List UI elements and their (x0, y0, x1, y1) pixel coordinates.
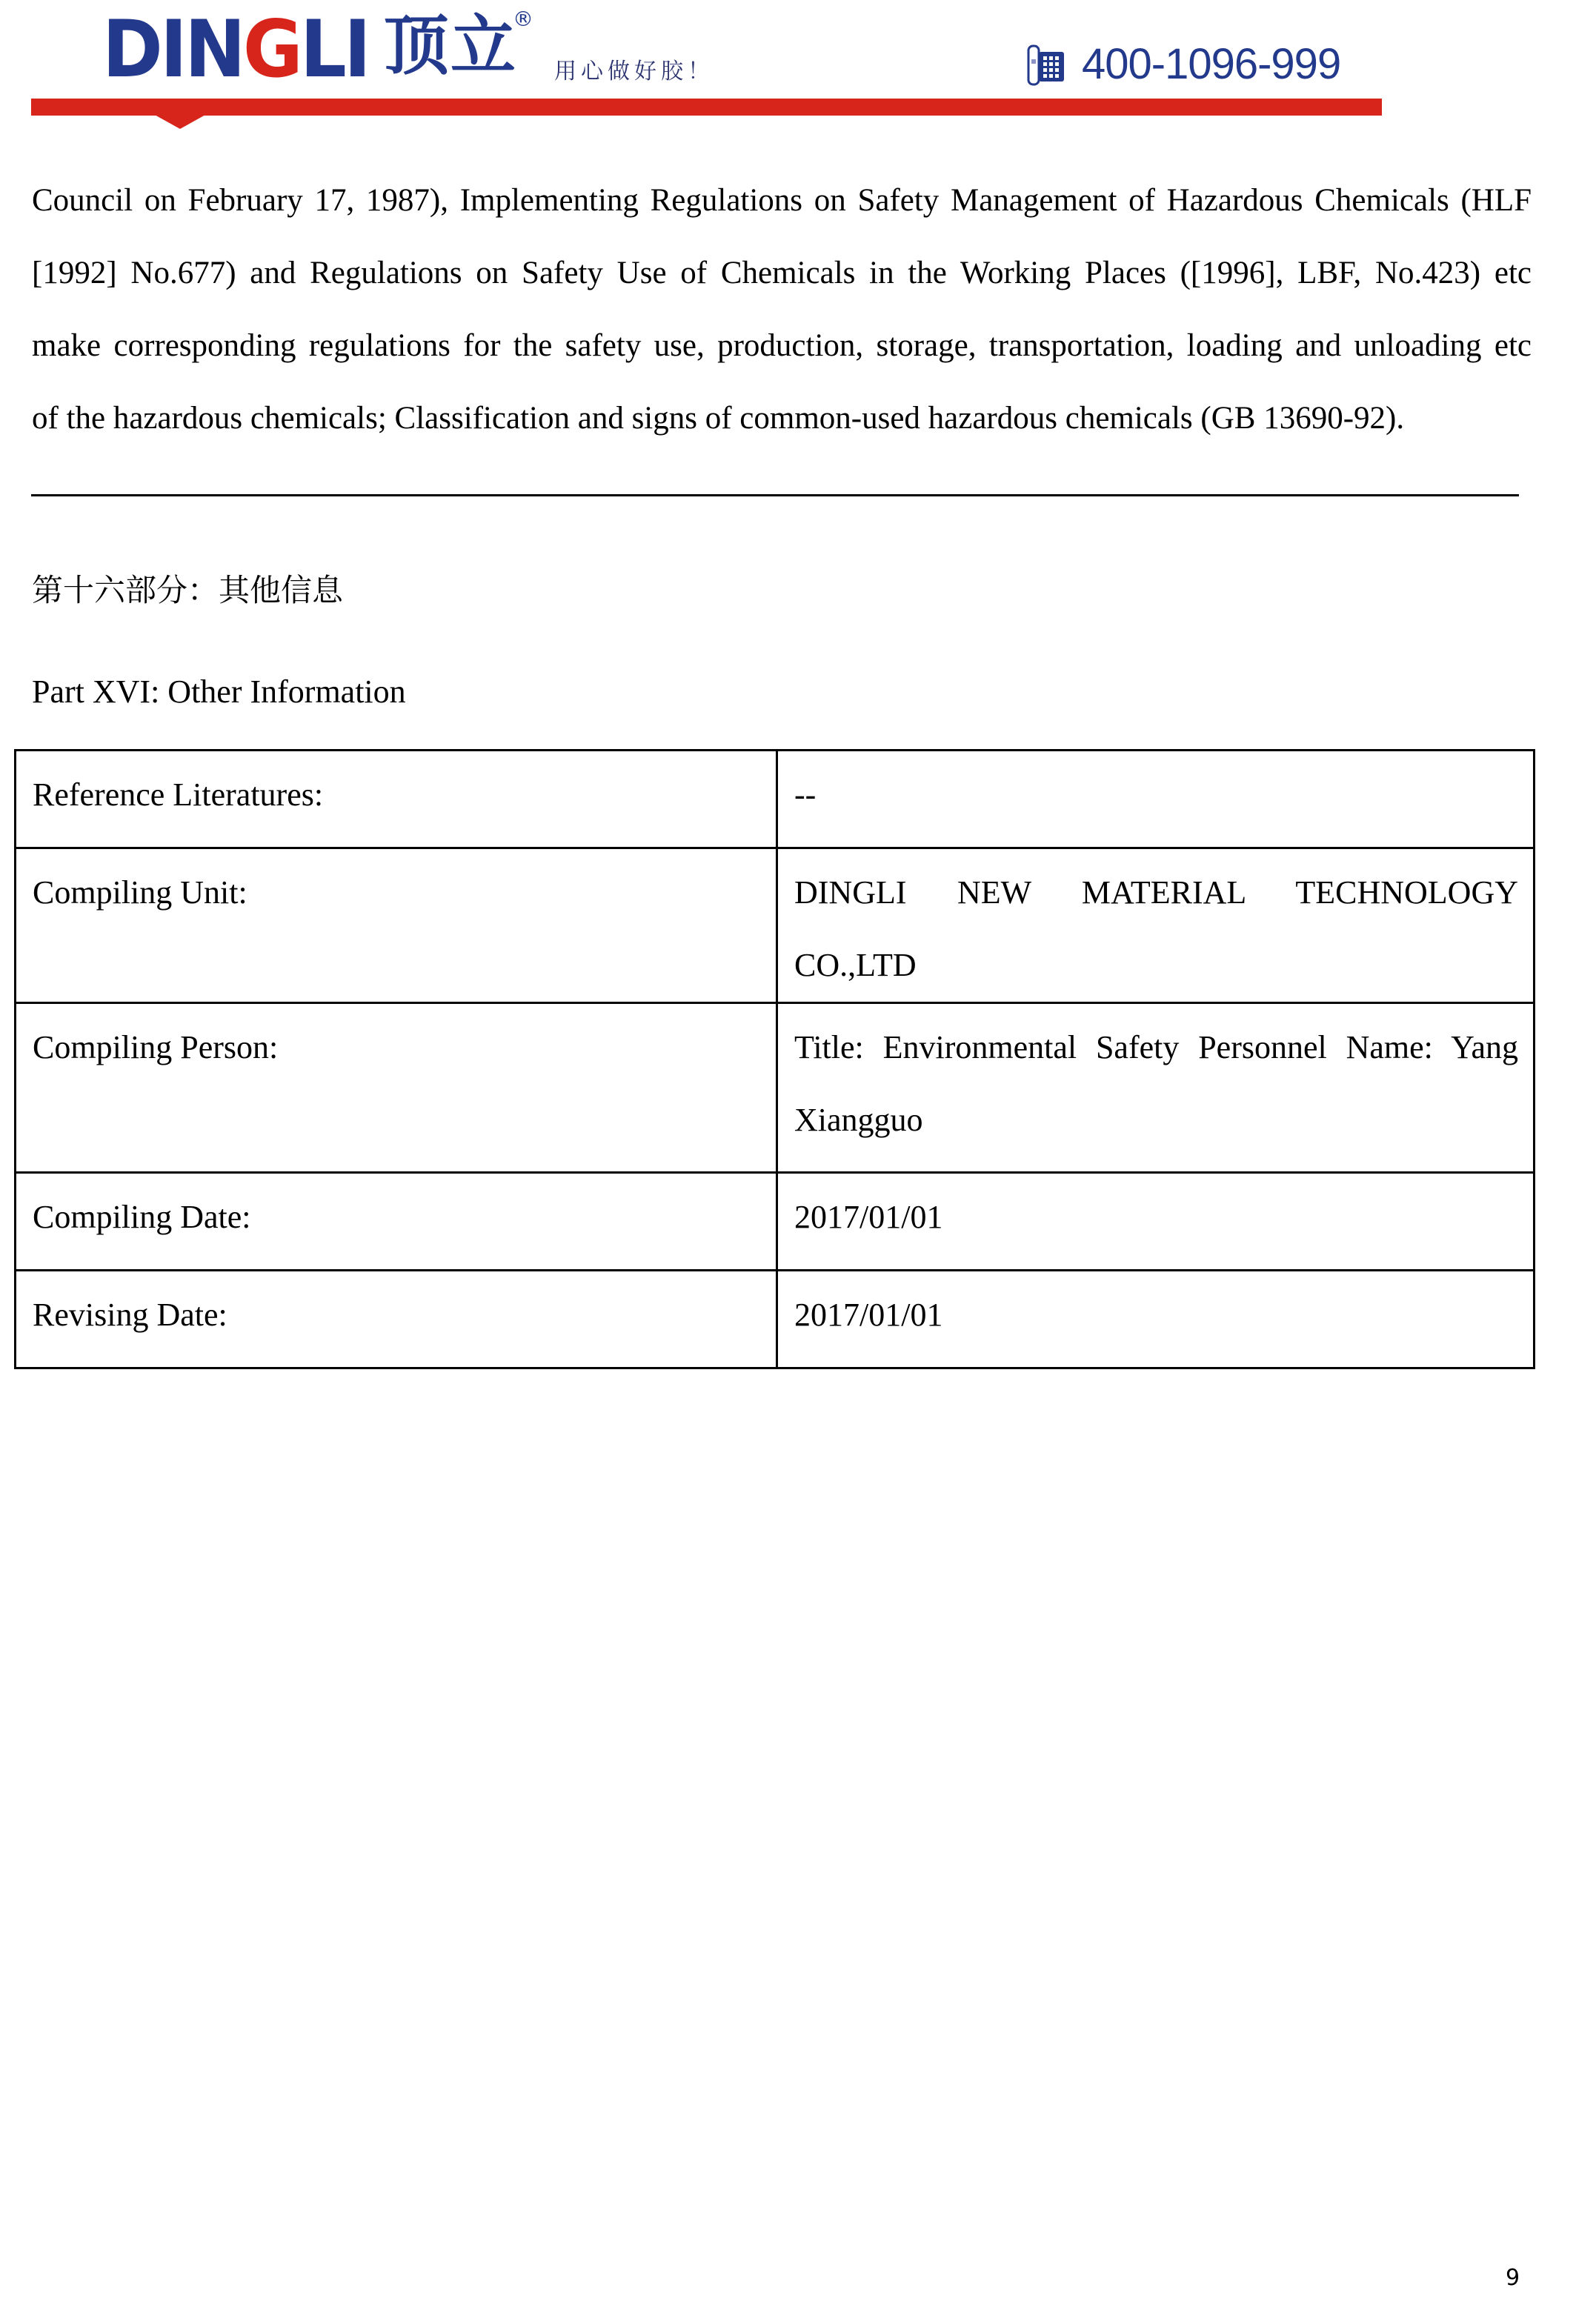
compiling-date-value: 2017/01/01 (778, 1154, 1533, 1254)
table-row: Revising Date: 2017/01/01 (16, 1271, 1535, 1368)
compiling-person-label: Compiling Person: (16, 985, 776, 1084)
reference-literatures-value: -- (778, 732, 1533, 831)
reference-literatures-label: Reference Literatures: (16, 732, 776, 831)
brand-logo-g-arrow: G (243, 4, 300, 95)
revising-date-label: Revising Date: (16, 1252, 776, 1351)
paragraph-line: of the hazardous chemicals; Classificati… (32, 382, 1532, 455)
header-red-bar (31, 99, 1382, 116)
paragraph-line: Council on February 17, 1987), Implement… (32, 164, 1532, 237)
brand-text-part: LI (300, 4, 368, 95)
table-label-cell: Compiling Unit: (16, 848, 777, 1003)
hotline-number: 400-1096-999 (1082, 43, 1340, 86)
section-divider (31, 494, 1519, 496)
brand-logo-latin: DINGLI (102, 10, 368, 89)
compiling-unit-value: DINGLI NEW MATERIAL TECHNOLOGY CO.,LTD (778, 830, 1533, 1002)
paragraph-line: make corresponding regulations for the s… (32, 310, 1532, 382)
brand-text-part: DIN (102, 4, 243, 95)
registered-mark-icon: ® (513, 9, 533, 30)
table-value-cell: DINGLI NEW MATERIAL TECHNOLOGY CO.,LTD (777, 848, 1535, 1003)
regulations-paragraph: Council on February 17, 1987), Implement… (32, 164, 1532, 455)
compiling-unit-label: Compiling Unit: (16, 830, 776, 929)
page-number: 9 (1506, 2267, 1520, 2289)
page-header: DINGLI 顶立 ® 用心做好胶！ 400-1096-999 (0, 0, 1596, 141)
section-heading-english: Part XVI: Other Information (32, 676, 406, 708)
table-value-cell: 2017/01/01 (777, 1271, 1535, 1368)
brand-slogan: 用心做好胶！ (554, 61, 714, 83)
compiling-person-value: Title: Environmental Safety Personnel Na… (778, 985, 1533, 1157)
brand-logo-chinese: 顶立 (384, 13, 517, 79)
compiling-date-label: Compiling Date: (16, 1154, 776, 1254)
table-row: Compiling Unit: DINGLI NEW MATERIAL TECH… (16, 848, 1535, 1003)
table-label-cell: Revising Date: (16, 1271, 777, 1368)
other-information-table: Reference Literatures: -- Compiling Unit… (14, 749, 1535, 1369)
table-label-cell: Compiling Person: (16, 1003, 777, 1173)
paragraph-line: [1992] No.677) and Regulations on Safety… (32, 237, 1532, 310)
header-chevron-decoration (153, 114, 207, 129)
table-row: Compiling Person: Title: Environmental S… (16, 1003, 1535, 1173)
telephone-icon (1027, 44, 1065, 86)
section-heading-chinese: 第十六部分：其他信息 (32, 575, 343, 606)
revising-date-value: 2017/01/01 (778, 1252, 1533, 1351)
table-value-cell: Title: Environmental Safety Personnel Na… (777, 1003, 1535, 1173)
